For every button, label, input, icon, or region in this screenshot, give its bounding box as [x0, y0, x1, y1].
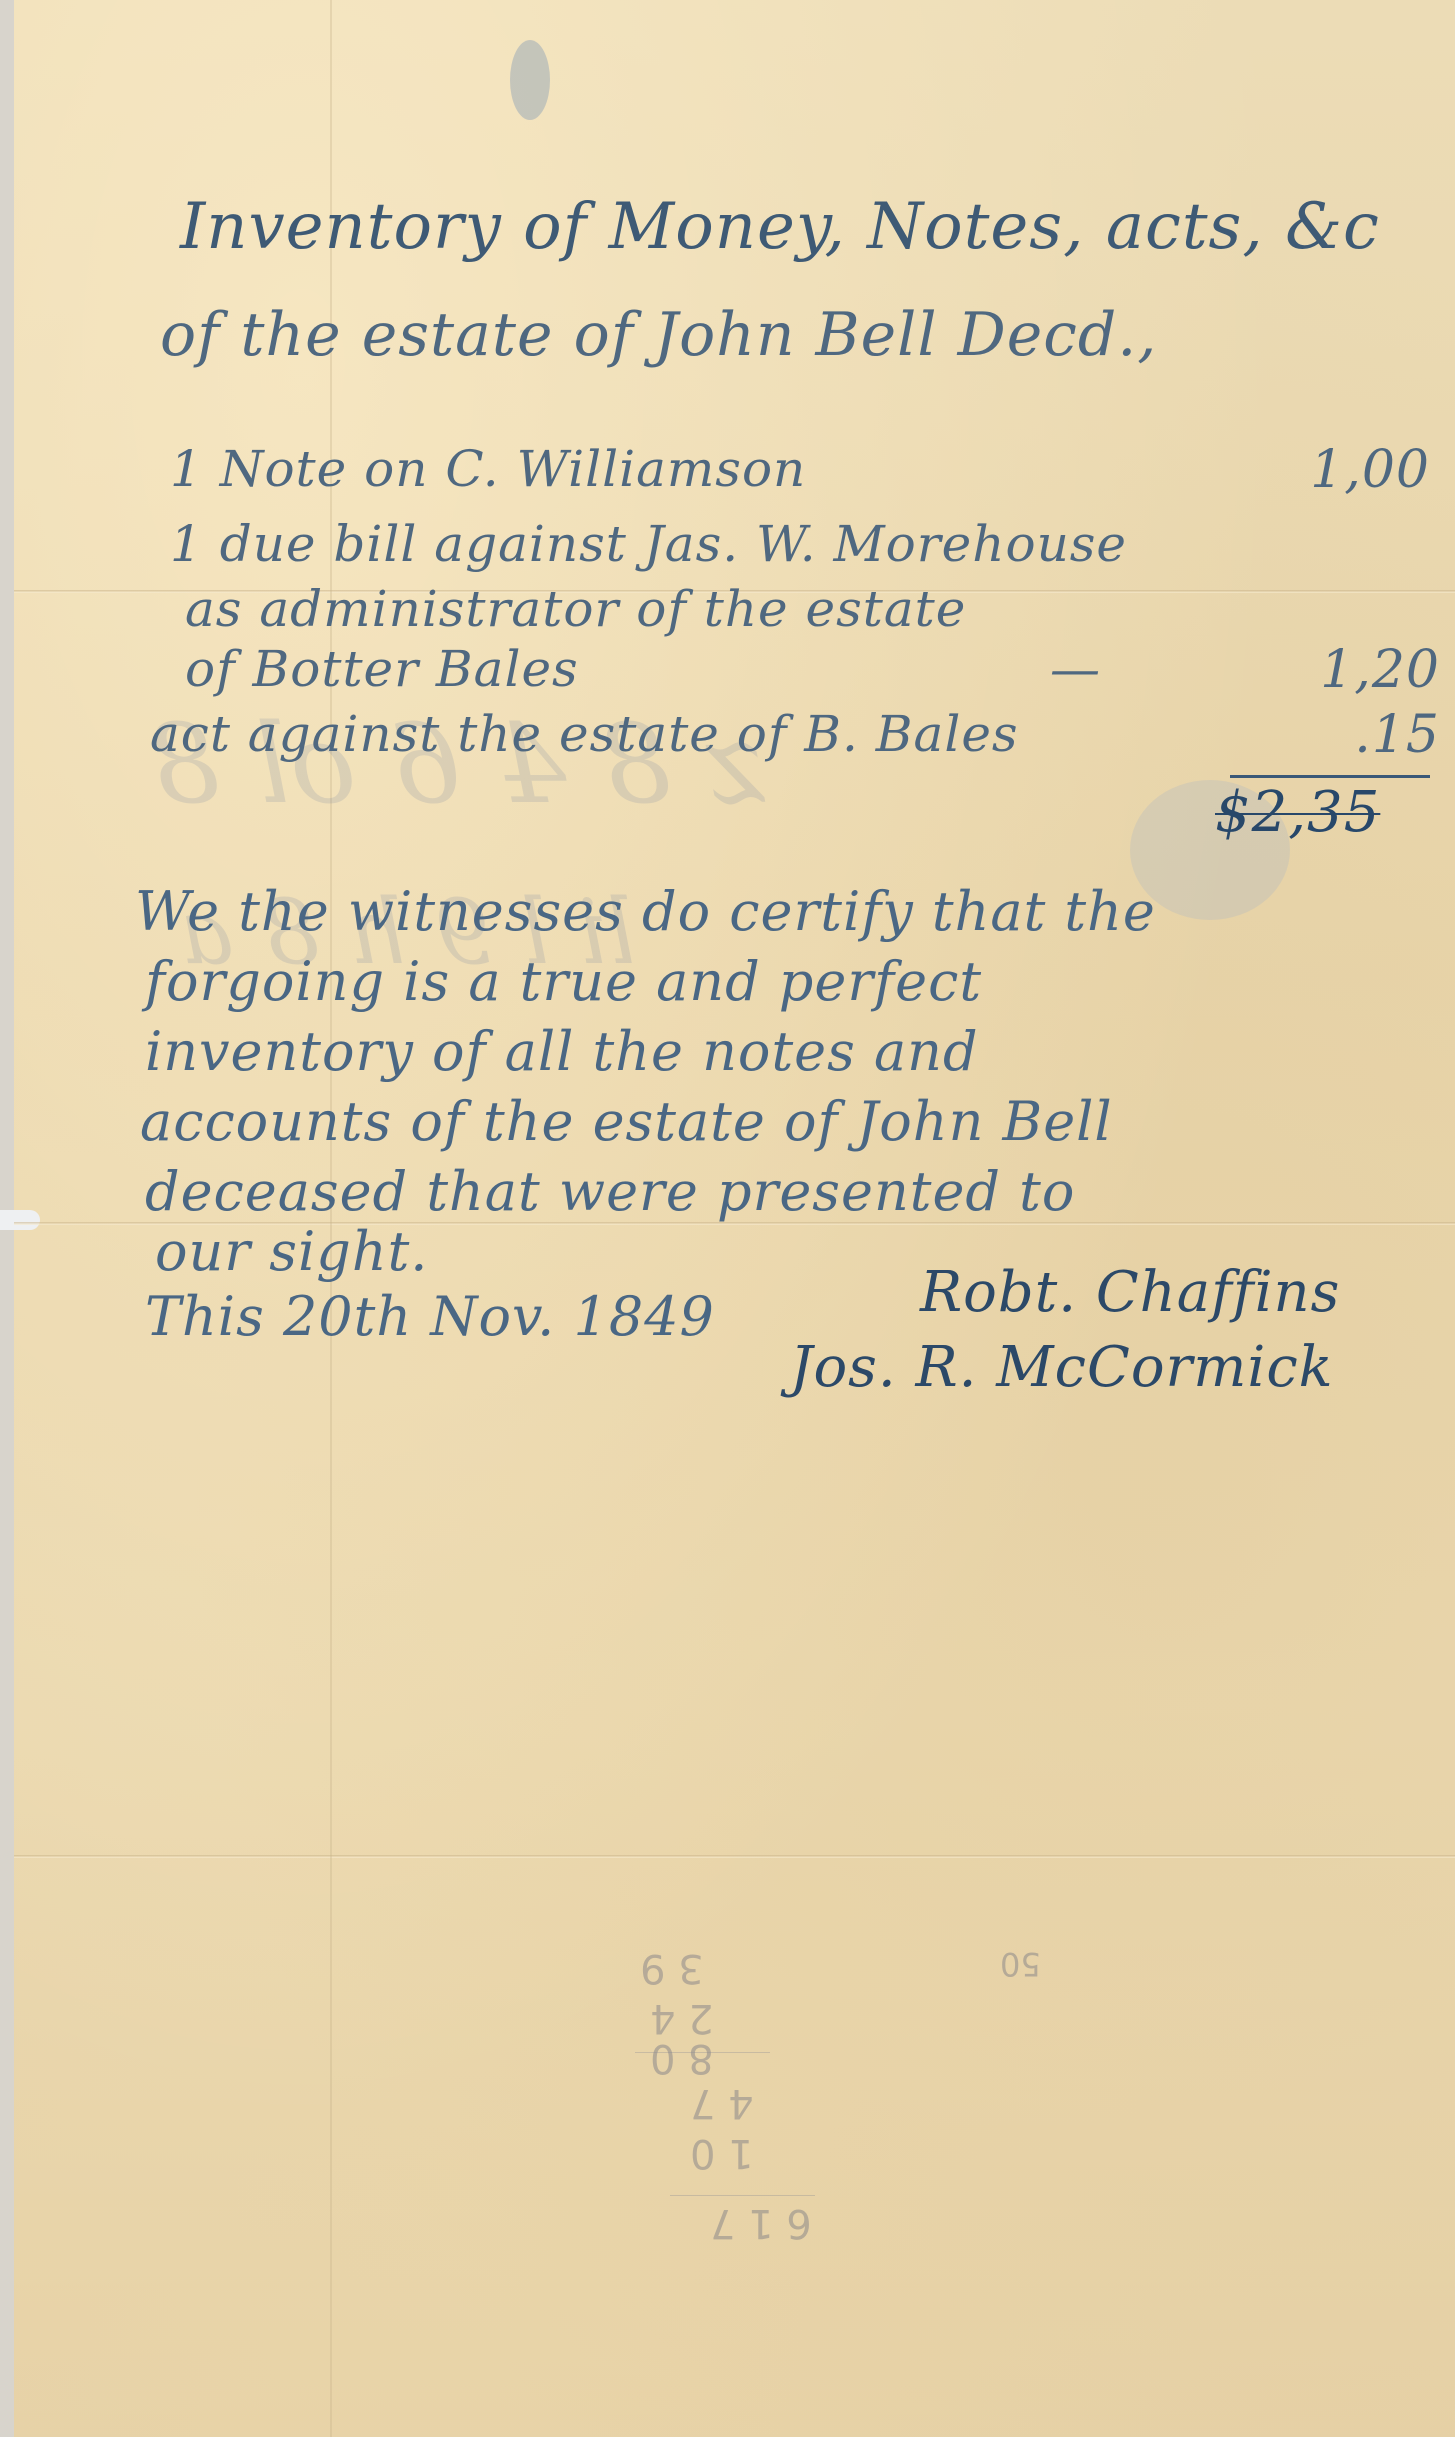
- date-line: This 20th Nov. 1849: [145, 1285, 715, 1348]
- pencil-note: 3 9: [640, 1945, 704, 1991]
- pencil-note: 1 0: [690, 2130, 754, 2176]
- document-title: Inventory of Money, Notes, acts, &c: [180, 190, 1380, 264]
- pencil-rule: [670, 2195, 815, 2196]
- inventory-item: 1 Note on C. Williamson: [170, 440, 806, 498]
- certification-line: inventory of all the notes and: [145, 1020, 979, 1083]
- inventory-item: of Botter Bales: [185, 640, 579, 698]
- ink-stain: [510, 40, 550, 120]
- item-amount: 1,00: [1300, 440, 1430, 500]
- fold-line: [14, 1855, 1455, 1858]
- pencil-note: 8 0: [650, 2035, 714, 2081]
- pencil-note: 4 7: [690, 2080, 754, 2126]
- pencil-rule: [635, 2052, 770, 2053]
- signature: Robt. Chaffins: [920, 1260, 1340, 1325]
- certification-line: our sight.: [155, 1220, 428, 1283]
- paper-tear: [0, 1210, 40, 1230]
- total-rule: [1230, 775, 1430, 778]
- pencil-note: 6 1 7: [710, 2200, 812, 2246]
- pencil-note: 50: [1000, 1945, 1041, 1983]
- certification-line: We the witnesses do certify that the: [135, 880, 1156, 943]
- document-subtitle: of the estate of John Bell Decd.,: [160, 300, 1157, 370]
- certification-line: forgoing is a true and perfect: [145, 950, 982, 1013]
- item-amount: 1,20: [1290, 640, 1440, 700]
- certification-line: accounts of the estate of John Bell: [140, 1090, 1113, 1153]
- item-amount: .15: [1310, 705, 1440, 765]
- inventory-item: act against the estate of B. Bales: [150, 705, 1019, 763]
- item-dash: —: [1050, 640, 1101, 698]
- inventory-total: $2,35: [1215, 780, 1380, 845]
- inventory-item: 1 due bill against Jas. W. Morehouse: [170, 515, 1127, 573]
- certification-line: deceased that were presented to: [145, 1160, 1075, 1223]
- signature: Jos. R. McCormick: [790, 1335, 1334, 1400]
- inventory-item: as administrator of the estate: [185, 580, 966, 638]
